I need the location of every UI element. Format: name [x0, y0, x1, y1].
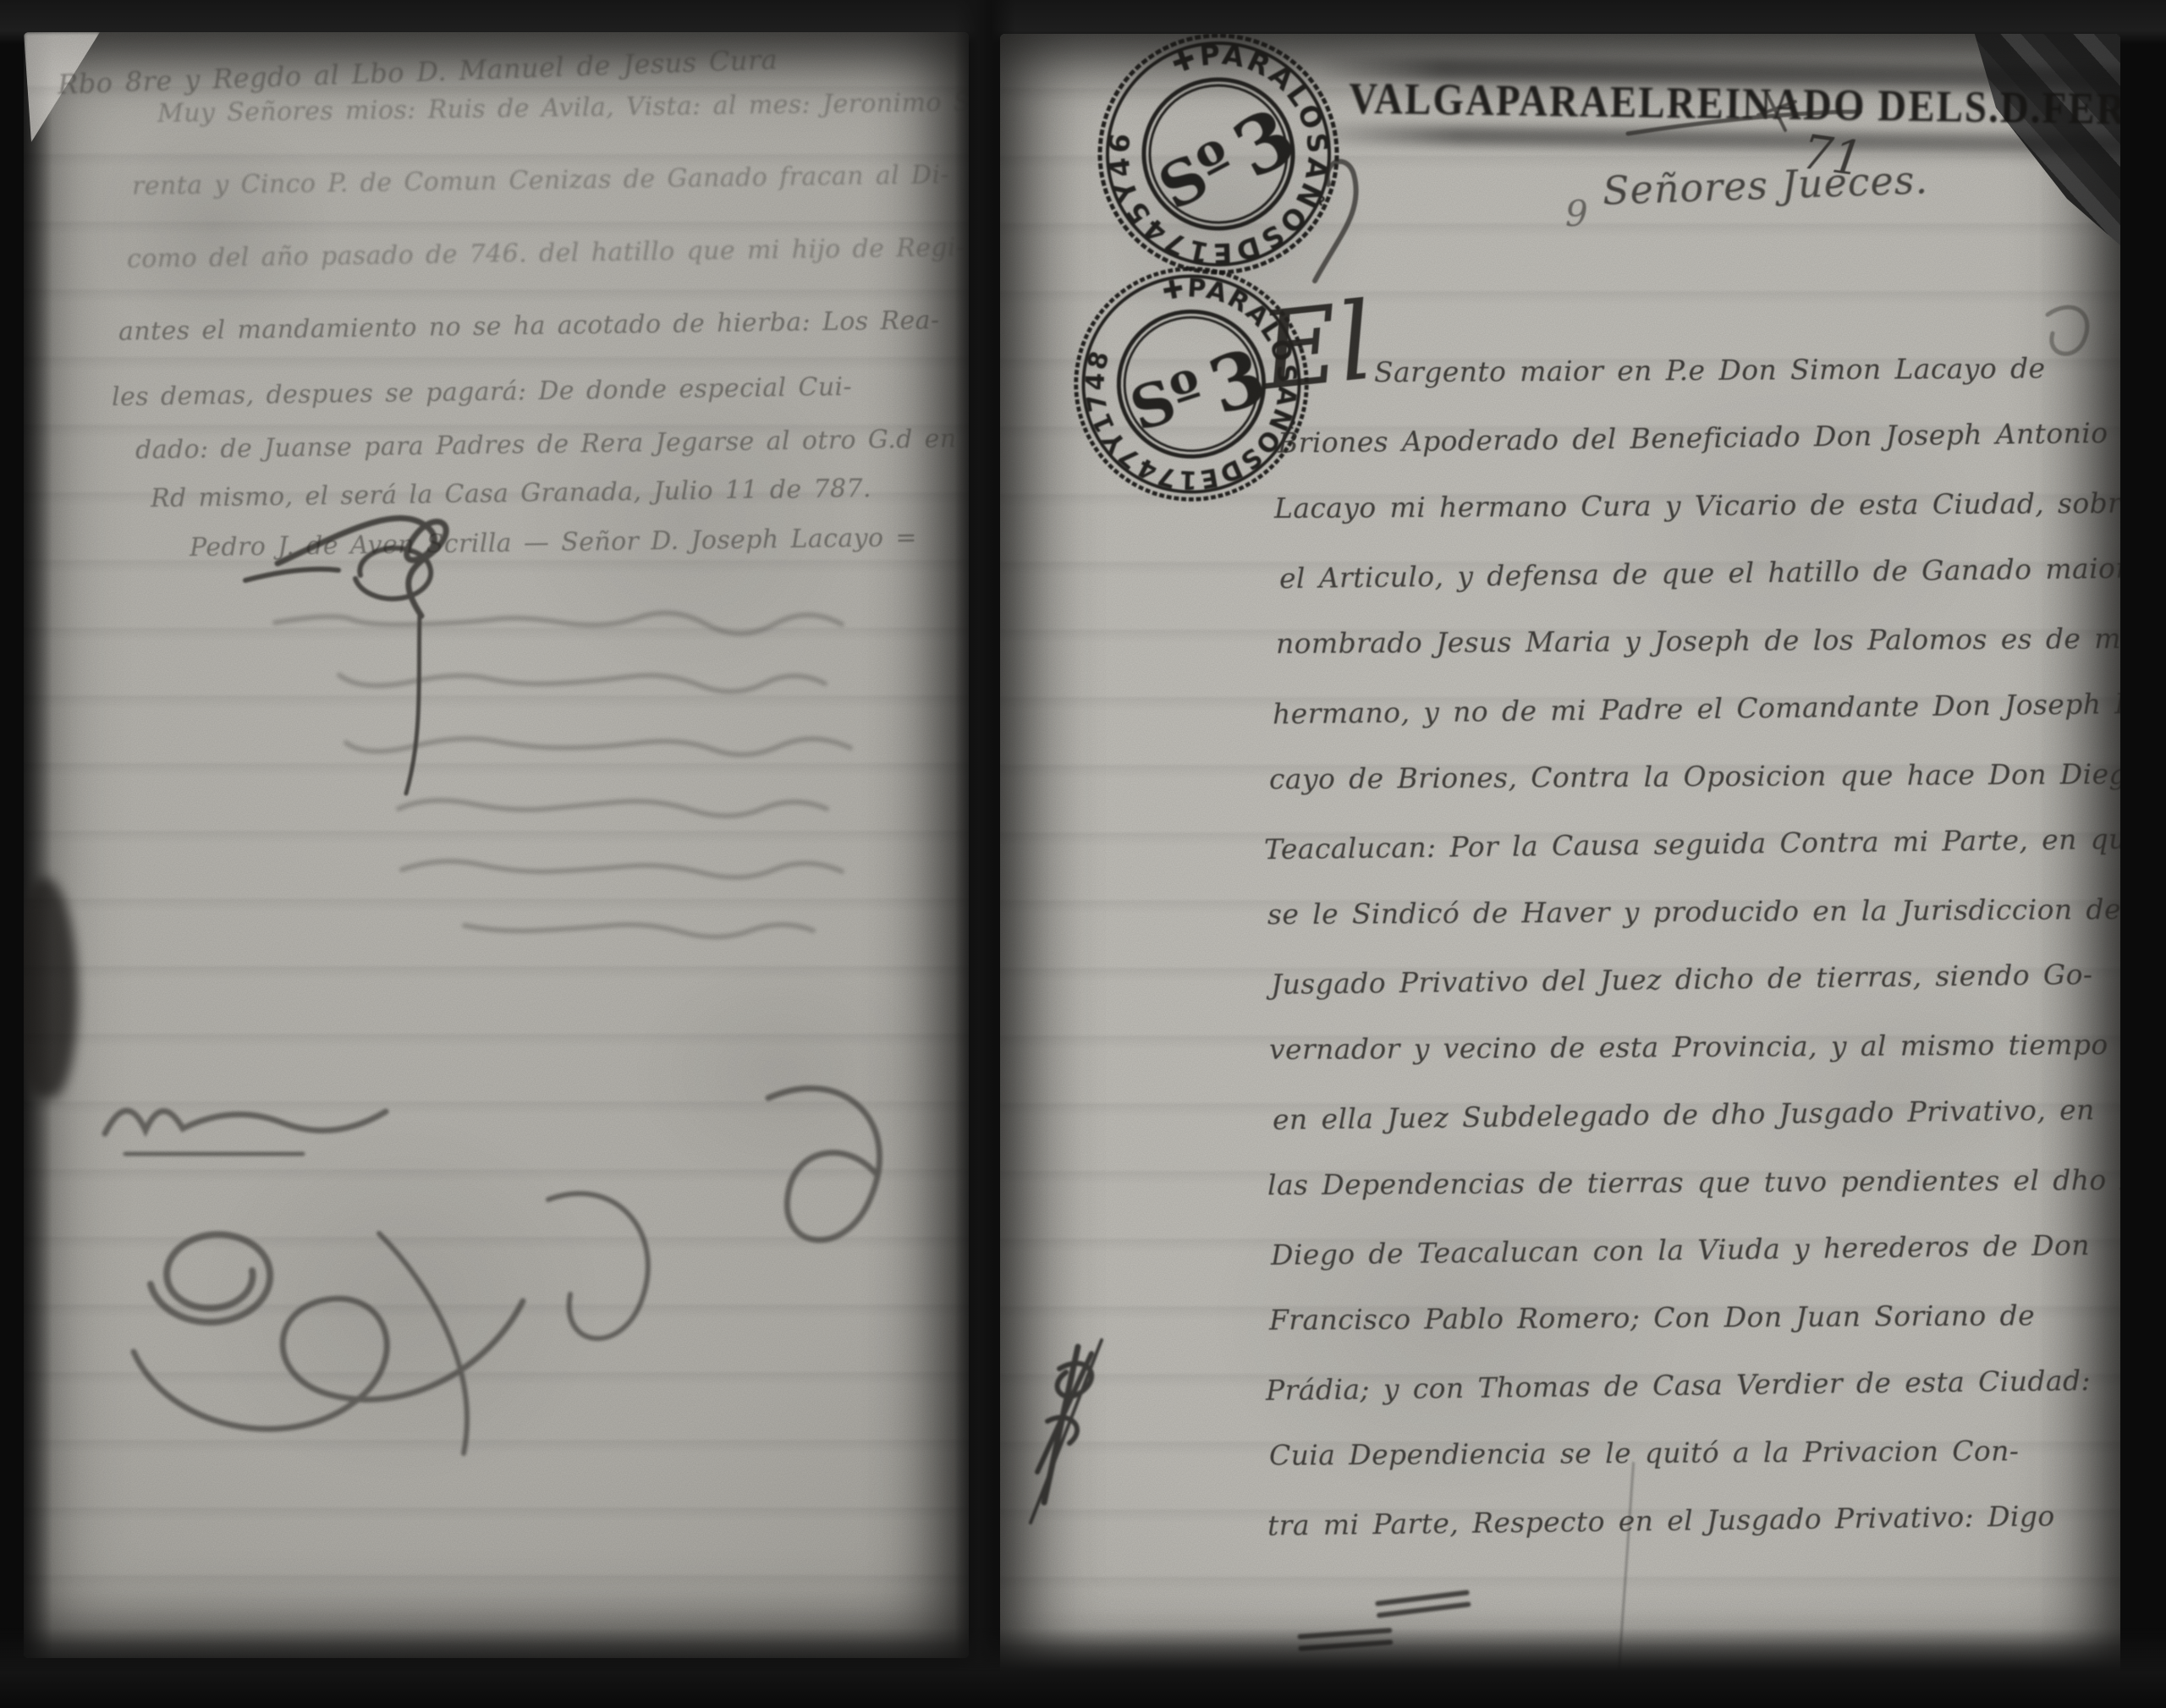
manuscript-line: Sargento maior en P.e Don Simon Lacayo d… — [1374, 352, 2046, 389]
edge-blot — [24, 878, 78, 1098]
photo-bottom-shadow — [0, 1628, 2166, 1708]
manuscript-line: Francisco Pablo Romero; Con Don Juan Sor… — [1269, 1299, 2035, 1337]
manuscript-line: hermano, y no de mi Padre el Comandante … — [1273, 687, 2120, 731]
left-page: Rbo 8re y Regdo al Lbo D. Manuel de Jesu… — [24, 32, 969, 1658]
manuscript-line: renta y Cinco P. de Comun Cenizas de Gan… — [132, 160, 949, 200]
manuscript-scan: Rbo 8re y Regdo al Lbo D. Manuel de Jesu… — [0, 0, 2166, 1708]
manuscript-line: les demas, despues se pagará: De donde e… — [112, 372, 852, 412]
manuscript-line: Rd mismo, el será la Casa Granada, Julio… — [151, 474, 871, 513]
manuscript-line: Prádia; y con Thomas de Casa Verdier de … — [1266, 1364, 2091, 1407]
manuscript-line: como del año pasado de 746. del hatillo … — [127, 233, 965, 274]
rubric-flourish — [24, 32, 969, 1658]
manuscript-line: dado: de Juanse para Padres de Rera Jega… — [135, 424, 957, 465]
revalidation-header: VALGAPARAELREINADO DELS.D.FERNANDO.VI — [1297, 50, 2120, 165]
manuscript-line: vernador y vecino de esta Provincia, y a… — [1269, 1028, 2108, 1066]
manuscript-line: el Articulo, y defensa de que el hatillo… — [1279, 552, 2120, 595]
double-rule-mark — [1375, 1590, 1471, 1619]
manuscript-line: nombrado Jesus Maria y Joseph de los Pal… — [1276, 622, 2120, 660]
manuscript-line: Briones Apoderado del Beneficiado Don Jo… — [1278, 416, 2108, 459]
manuscript-line: Jusgado Privativo del Juez dicho de tier… — [1271, 958, 2093, 1001]
manuscript-line: en ella Juez Subdelegado de dho Jusgado … — [1273, 1093, 2095, 1136]
manuscript-line: Cuia Dependiencia se le quitó a la Priva… — [1269, 1434, 2020, 1471]
manuscript-line: Muy Señores mios: Ruis de Avila, Vista: … — [157, 87, 969, 129]
salutation: Señores Jueces. — [1602, 157, 1929, 213]
manuscript-line: cayo de Briones, Contra la Oposicion que… — [1269, 757, 2120, 796]
manuscript-line: Teacalucan: Por la Causa seguida Contra … — [1264, 822, 2120, 866]
manuscript-line: las Dependencias de tierras que tuvo pen… — [1267, 1163, 2120, 1201]
right-page: VALGAPARAELREINADO DELS.D.FERNANDO.VI ✚P… — [1000, 34, 2120, 1679]
left-page-edge-shadow — [24, 32, 52, 1658]
stray-mark: 9 — [1565, 193, 1588, 234]
paper-mottle — [24, 32, 969, 1658]
manuscript-line: Lacayo mi hermano Cura y Vicario de esta… — [1274, 486, 2120, 524]
manuscript-line: Pedro J. de Aven Scrilla — Señor D. Jose… — [190, 523, 917, 563]
folio-number: 71 — [1799, 124, 1866, 187]
manuscript-line: Diego de Teacalucan con la Viuda y hered… — [1271, 1228, 2090, 1271]
manuscript-line: antes el mandamiento no se ha acotado de… — [118, 305, 940, 347]
manuscript-line: tra mi Parte, Respecto en el Jusgado Pri… — [1267, 1499, 2055, 1541]
manuscript-line: se le Sindicó de Haver y producido en la… — [1267, 892, 2120, 931]
film-grain — [24, 32, 969, 1658]
initial-capital: El — [1255, 278, 1379, 414]
show-through-lines — [24, 32, 969, 1658]
